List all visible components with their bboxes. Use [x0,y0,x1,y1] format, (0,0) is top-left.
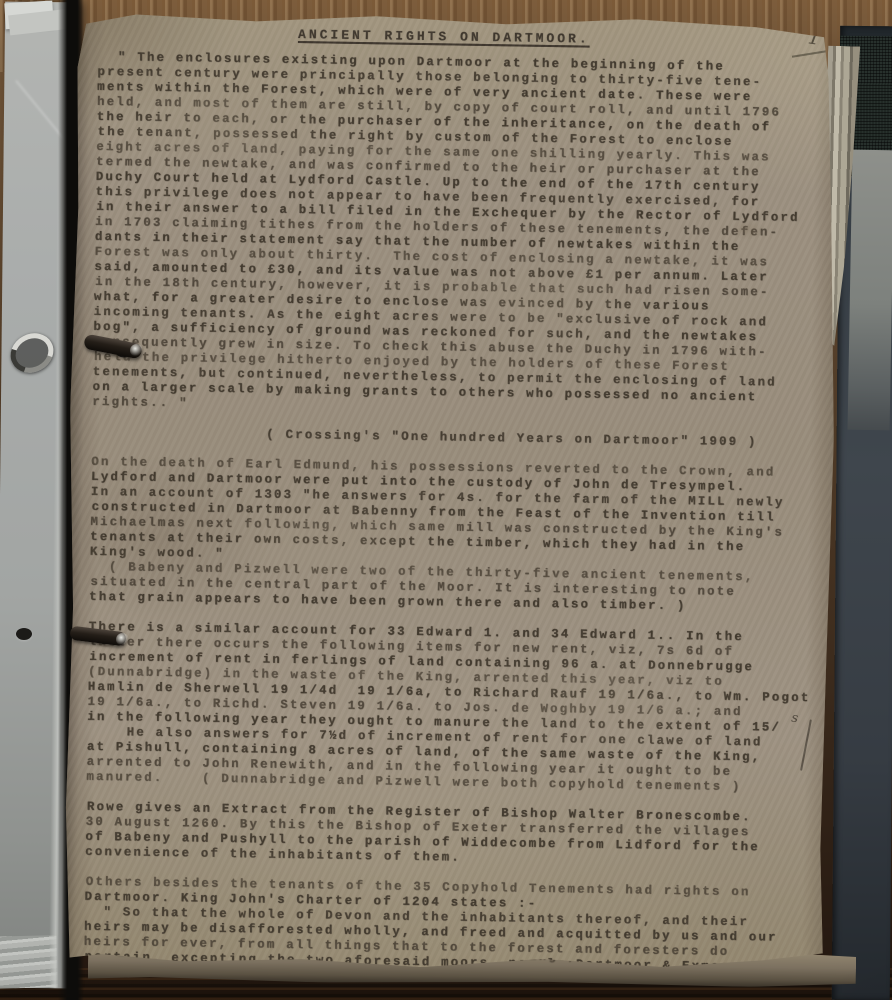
grey-page-edge [848,150,892,431]
photo-of-binder-page: { "document": { "page_number": "1", "tit… [0,0,892,1000]
binder-ring-hole [16,628,32,640]
metal-glint [130,344,143,357]
document-page: ANCIENT RIGHTS ON DARTMOOR. 1 " The encl… [61,8,842,980]
typewritten-text-body: " The enclosures existing upon Dartmoor … [83,50,833,976]
metal-glint [116,633,129,646]
pencil-margin-note: s [791,711,799,727]
page-bottom-edges [0,935,58,988]
pencil-underline [792,50,826,57]
page-title: ANCIENT RIGHTS ON DARTMOOR. [298,27,590,47]
